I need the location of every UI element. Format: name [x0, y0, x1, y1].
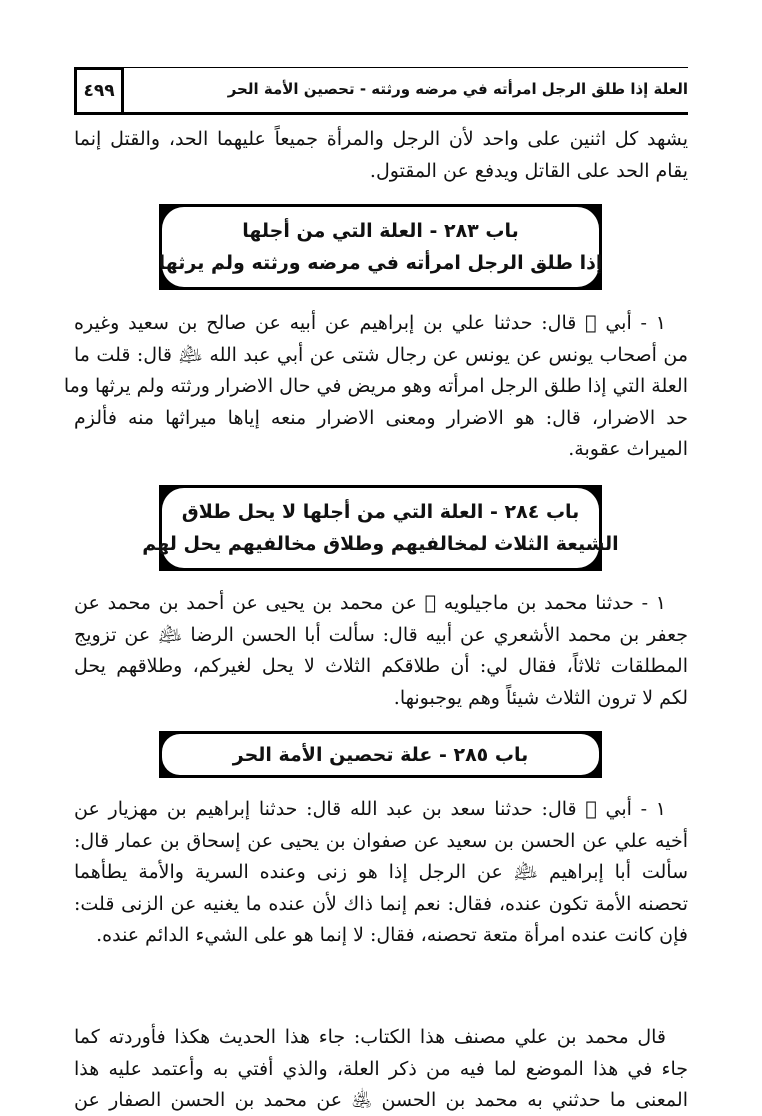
header-bottom-rule — [74, 112, 688, 115]
paragraph-hadith-283-1: ١ - أبي ﷬ قال: حدثنا علي بن إبراهيم عن أ… — [74, 308, 688, 466]
chapter-title-line: باب ٢٨٤ - العلة التي من أجلها لا يحل طلا… — [182, 496, 580, 528]
text-line: ١ - أبي ﷬ قال: حدثنا سعد بن عبد الله قال… — [74, 794, 688, 826]
chapter-heading-box-283: باب ٢٨٣ - العلة التي من أجلها إذا طلق ال… — [159, 204, 602, 290]
chapter-title-line: الشيعة الثلاث لمخالفيهم وطلاق مخالفيهم ي… — [142, 528, 618, 560]
text-line: يشهد كل اثنين على واحد لأن الرجل والمرأة… — [74, 124, 688, 156]
text-line: سألت أبا إبراهيم ﵇ عن الرجل إذا هو زنى و… — [74, 857, 688, 889]
header-top-rule — [124, 67, 688, 68]
text-line: المطلقات ثلاثاً، فقال لي: أن طلاقكم الثل… — [74, 651, 688, 683]
chapter-heading-box-284: باب ٢٨٤ - العلة التي من أجلها لا يحل طلا… — [159, 485, 602, 571]
running-header: ٤٩٩ العلة إذا طلق الرجل امرأته في مرضه و… — [74, 67, 688, 113]
text-line: ١ - حدثنا محمد بن ماجيلويه ﷬ عن محمد بن … — [74, 588, 688, 620]
paragraph-author-note: قال محمد بن علي مصنف هذا الكتاب: جاء هذا… — [74, 1022, 688, 1116]
text-line: جعفر بن محمد الأشعري عن أبيه قال: سألت أ… — [74, 620, 688, 652]
text-line: الميراث عقوبة. — [74, 434, 688, 466]
chapter-heading-box-285: باب ٢٨٥ - علة تحصين الأمة الحر — [159, 731, 602, 778]
chapter-title-line: إذا طلق الرجل امرأته في مرضه ورثته ولم ي… — [159, 247, 603, 279]
text-line: أخيه علي عن الحسن بن سعيد عن صفوان بن يح… — [74, 826, 688, 858]
text-line: من أصحاب يونس عن يونس عن رجال شتى عن أبي… — [74, 340, 688, 372]
chapter-title-line: باب ٢٨٥ - علة تحصين الأمة الحر — [233, 739, 529, 771]
page-number-box: ٤٩٩ — [74, 67, 124, 115]
text-line: المعنى ما حدثني به محمد بن الحسن ﵁ عن مح… — [74, 1085, 688, 1116]
text-line: تحصنه الأمة تكون عنده، فقال: نعم إنما ذا… — [74, 889, 688, 921]
book-page: ٤٩٩ العلة إذا طلق الرجل امرأته في مرضه و… — [0, 0, 762, 1116]
running-title: العلة إذا طلق الرجل امرأته في مرضه ورثته… — [228, 80, 688, 98]
text-line: العلة التي إذا طلق الرجل امرأته وهو مريض… — [74, 371, 688, 403]
chapter-title-line: باب ٢٨٣ - العلة التي من أجلها — [242, 215, 519, 247]
paragraph-continuation: يشهد كل اثنين على واحد لأن الرجل والمرأة… — [74, 124, 688, 187]
text-line: يقام الحد على القاتل ويدفع عن المقتول. — [74, 156, 688, 188]
page-number: ٤٩٩ — [83, 81, 114, 101]
text-line: حد الاضرار، قال: هو الاضرار ومعنى الاضرا… — [74, 403, 688, 435]
text-line: ١ - أبي ﷬ قال: حدثنا علي بن إبراهيم عن أ… — [74, 308, 688, 340]
text-line: جاء في هذا الموضع لما فيه من ذكر العلة، … — [74, 1054, 688, 1086]
text-line: لكم لا ترون الثلاث شيئاً وهم يوجبونها. — [74, 683, 688, 715]
paragraph-hadith-285-1: ١ - أبي ﷬ قال: حدثنا سعد بن عبد الله قال… — [74, 794, 688, 952]
paragraph-hadith-284-1: ١ - حدثنا محمد بن ماجيلويه ﷬ عن محمد بن … — [74, 588, 688, 714]
text-line: فإن كانت عنده امرأة متعة تحصنه، فقال: لا… — [74, 920, 688, 952]
text-line: قال محمد بن علي مصنف هذا الكتاب: جاء هذا… — [74, 1022, 688, 1054]
